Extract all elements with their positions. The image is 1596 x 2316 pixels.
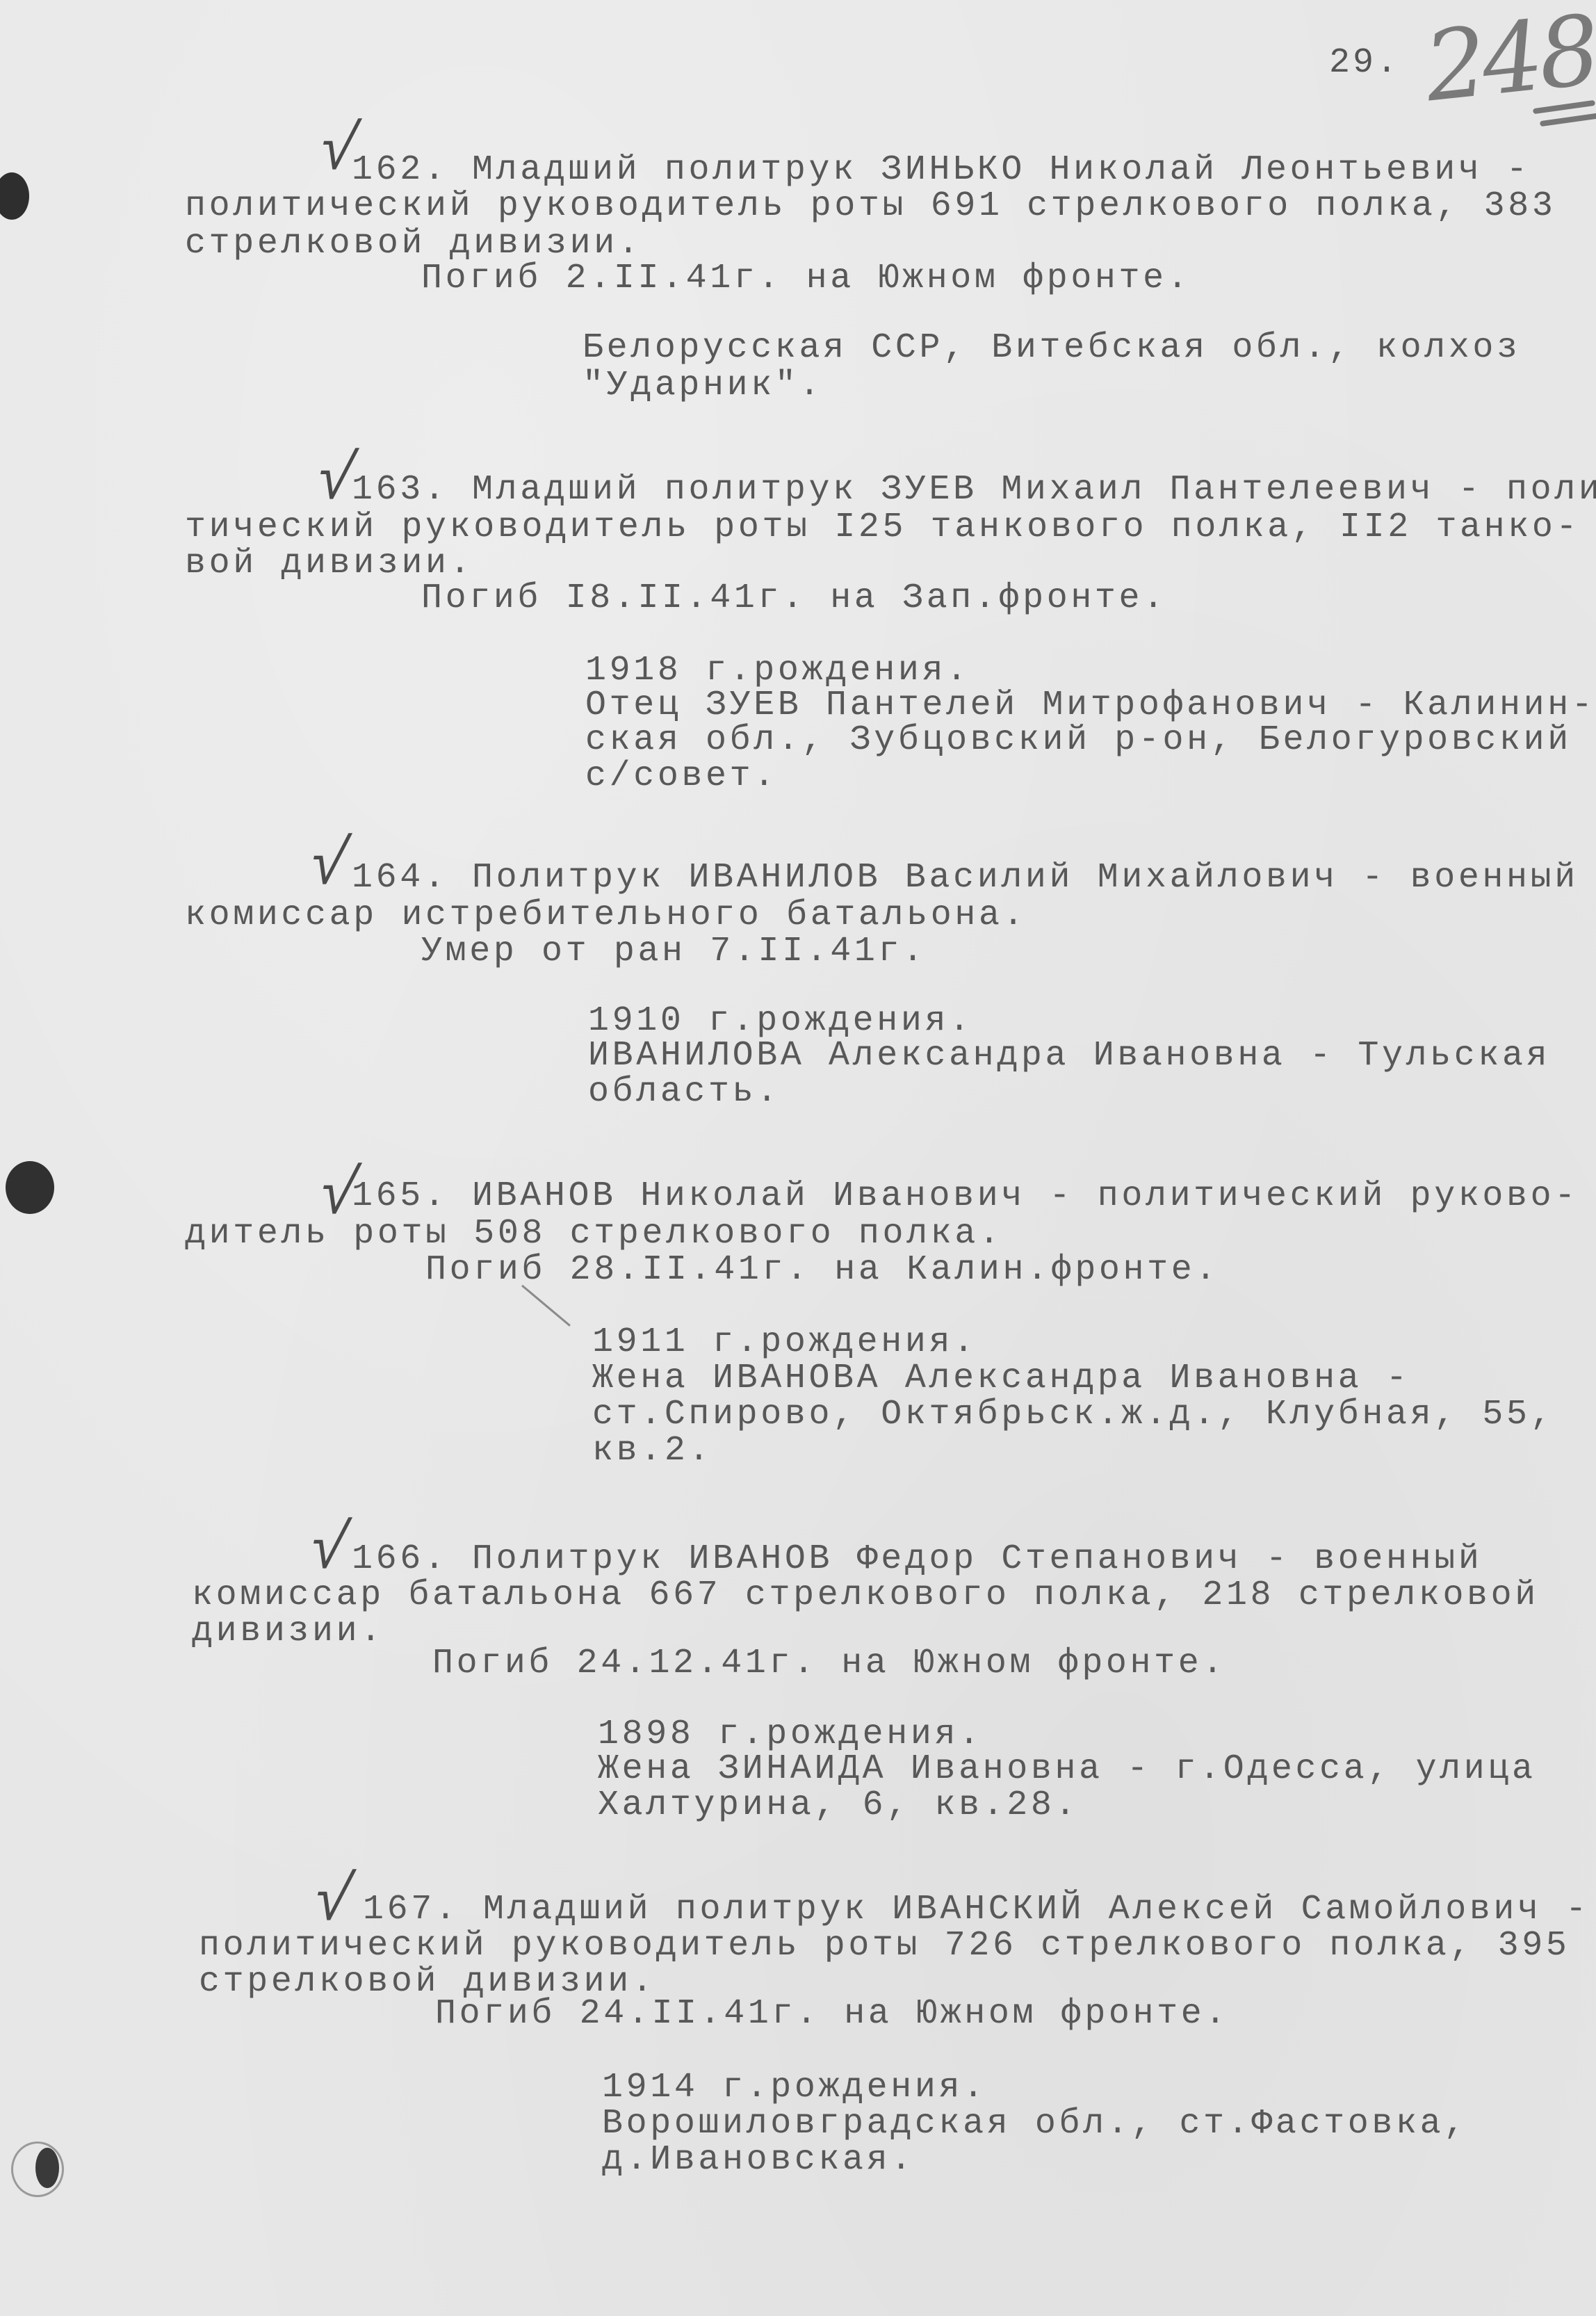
entry-text-line: комиссар истребительного батальона. <box>185 898 1027 933</box>
detail-line: 1911 г.рождения. <box>592 1325 977 1360</box>
entry-heading-line: 165. ИВАНОВ Николай Иванович - политичес… <box>352 1179 1579 1214</box>
detail-line: ская обл., Зубцовский р-он, Белогуровски… <box>585 723 1572 758</box>
entry-text-line: вой дивизии. <box>185 546 473 581</box>
detail-line: 1914 г.рождения. <box>602 2071 987 2105</box>
death-record: Умер от ран 7.II.41г. <box>421 934 927 969</box>
entry-text-line: комиссар батальона 667 стрелкового полка… <box>192 1578 1539 1613</box>
entry-text-line: политический руководитель роты 726 стрел… <box>199 1929 1570 1963</box>
detail-line: ИВАНИЛОВА Александра Ивановна - Тульская <box>588 1039 1550 1074</box>
entry-text-line: дитель роты 508 стрелкового полка. <box>185 1217 1003 1252</box>
document-page: 29. 248а √ 162. Младший политрук ЗИНЬКО … <box>0 0 1596 2316</box>
detail-line: Отец ЗУЕВ Пантелей Митрофанович - Калини… <box>585 688 1595 723</box>
punch-hole <box>11 2141 64 2197</box>
death-record: Погиб 2.II.41г. на Южном фронте. <box>421 261 1191 296</box>
entry-text-line: дивизии. <box>192 1614 384 1649</box>
death-record: Погиб I8.II.41г. на Зап.фронте. <box>421 581 1167 616</box>
entry-heading-line: 166. Политрук ИВАНОВ Федор Степанович - … <box>352 1542 1482 1577</box>
entry-heading-line: 167. Младший политрук ИВАНСКИЙ Алексей С… <box>363 1893 1590 1927</box>
detail-line: "Ударник". <box>583 369 823 403</box>
detail-line: Белорусская ССР, Витебская обл., колхоз <box>583 331 1521 366</box>
detail-line: область. <box>588 1075 781 1110</box>
check-mark-icon: √ <box>308 1861 359 1935</box>
death-record: Погиб 24.II.41г. на Южном фронте. <box>435 1997 1229 2032</box>
detail-line: с/совет. <box>585 759 778 794</box>
detail-line: кв.2. <box>592 1434 712 1468</box>
entry-heading-line: 163. Младший политрук ЗУЕВ Михаил Пантел… <box>352 473 1596 508</box>
death-record: Погиб 28.II.41г. на Калин.фронте. <box>425 1253 1219 1288</box>
check-mark-icon: √ <box>304 1509 355 1583</box>
detail-line: Жена ИВАНОВА Александра Ивановна - <box>592 1361 1410 1396</box>
archive-number-underline <box>1540 113 1596 127</box>
detail-line: д.Ивановская. <box>602 2143 915 2178</box>
detail-line: ст.Спирово, Октябрьск.ж.д., Клубная, 55, <box>592 1398 1554 1432</box>
detail-line: 1918 г.рождения. <box>585 654 970 688</box>
punch-hole <box>6 1161 54 1214</box>
detail-line: Халтурина, 6, кв.28. <box>598 1788 1079 1823</box>
entry-text-line: тический руководитель роты I25 танкового… <box>185 510 1580 545</box>
death-record: Погиб 24.12.41г. на Южном фронте. <box>432 1646 1226 1681</box>
entry-text-line: политический руководитель роты 691 стрел… <box>185 189 1556 224</box>
page-number: 29. <box>1329 43 1400 83</box>
detail-line: 1910 г.рождения. <box>588 1004 973 1039</box>
detail-line: Ворошиловградская обл., ст.Фастовка, <box>602 2107 1468 2141</box>
check-mark-icon: √ <box>304 825 355 899</box>
entry-heading-line: 162. Младший политрук ЗИНЬКО Николай Лео… <box>352 153 1531 188</box>
punch-hole <box>0 172 29 220</box>
detail-line: Жена ЗИНАИДА Ивановна - г.Одесса, улица <box>598 1752 1536 1787</box>
entry-text-line: стрелковой дивизии. <box>185 227 642 261</box>
entry-heading-line: 164. Политрук ИВАНИЛОВ Василий Михайлови… <box>352 861 1579 896</box>
pencil-stroke <box>521 1285 571 1327</box>
detail-line: 1898 г.рождения. <box>598 1717 983 1752</box>
